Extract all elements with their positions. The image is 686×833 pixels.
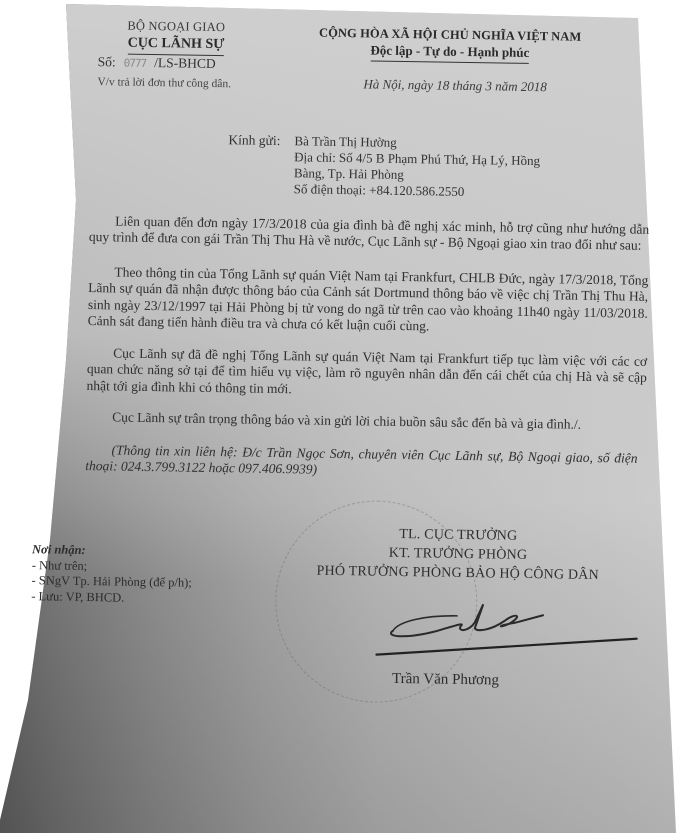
recipients-list: Nơi nhận: - Như trên; - SNgV Tp. Hải Phò… (31, 542, 192, 607)
body-paragraph: Cục Lãnh sự đã đề nghị Tổng Lãnh sự quán… (86, 345, 647, 403)
addressee-phone: Số điện thoại: +84.120.586.2550 (294, 181, 540, 201)
national-motto: Độc lập - Tự do - Hạnh phúc (370, 42, 529, 63)
subject-line: V/v trả lời đơn thư công dân. (97, 76, 231, 90)
body-paragraph: Theo thông tin của Tổng Lãnh sự quán Việ… (88, 264, 649, 338)
addressee-block: Bà Trần Thị Hường Địa chỉ: Số 4/5 B Phạm… (294, 133, 541, 201)
body-paragraph: Liên quan đến đơn ngày 17/3/2018 của gia… (89, 213, 649, 254)
official-letter: BỘ NGOẠI GIAO CỤC LÃNH SỰ Số:0777/LS-BHC… (0, 0, 686, 833)
ref-label: Số: (98, 54, 116, 69)
national-header: CỘNG HÒA XÃ HỘI CHỦ NGHĨA VIỆT NAM Độc l… (300, 25, 601, 65)
contact-note: (Thông tin xin liên hệ: Đ/c Trần Ngọc Sơ… (85, 442, 637, 483)
department-name: CỤC LÃNH SỰ (127, 36, 224, 57)
recipients-title: Nơi nhận: (32, 542, 193, 560)
reference-number: Số:0777/LS-BHCD (98, 54, 216, 72)
ref-suffix: /LS-BHCD (154, 55, 216, 71)
issuer-header: BỘ NGOẠI GIAO CỤC LÃNH SỰ (96, 18, 257, 57)
recipient-item: - Lưu: VP, BHCD. (31, 589, 192, 607)
recipient-item: - SNgV Tp. Hải Phòng (để p/h); (31, 573, 192, 591)
body-paragraph: Cục Lãnh sự trân trọng thông báo và xin … (86, 409, 644, 434)
signer-name: Trần Văn Phương (392, 671, 499, 690)
addressee-label: Kính gửi: (228, 132, 280, 149)
dateline: Hà Nội, ngày 18 tháng 3 năm 2018 (363, 76, 547, 95)
ref-number-handwritten: 0777 (124, 57, 147, 70)
signatory-titles: TL. CỤC TRƯỞNG KT. TRƯỞNG PHÒNG PHÓ TRƯỞ… (288, 523, 629, 585)
handwritten-signature-icon (364, 590, 645, 674)
